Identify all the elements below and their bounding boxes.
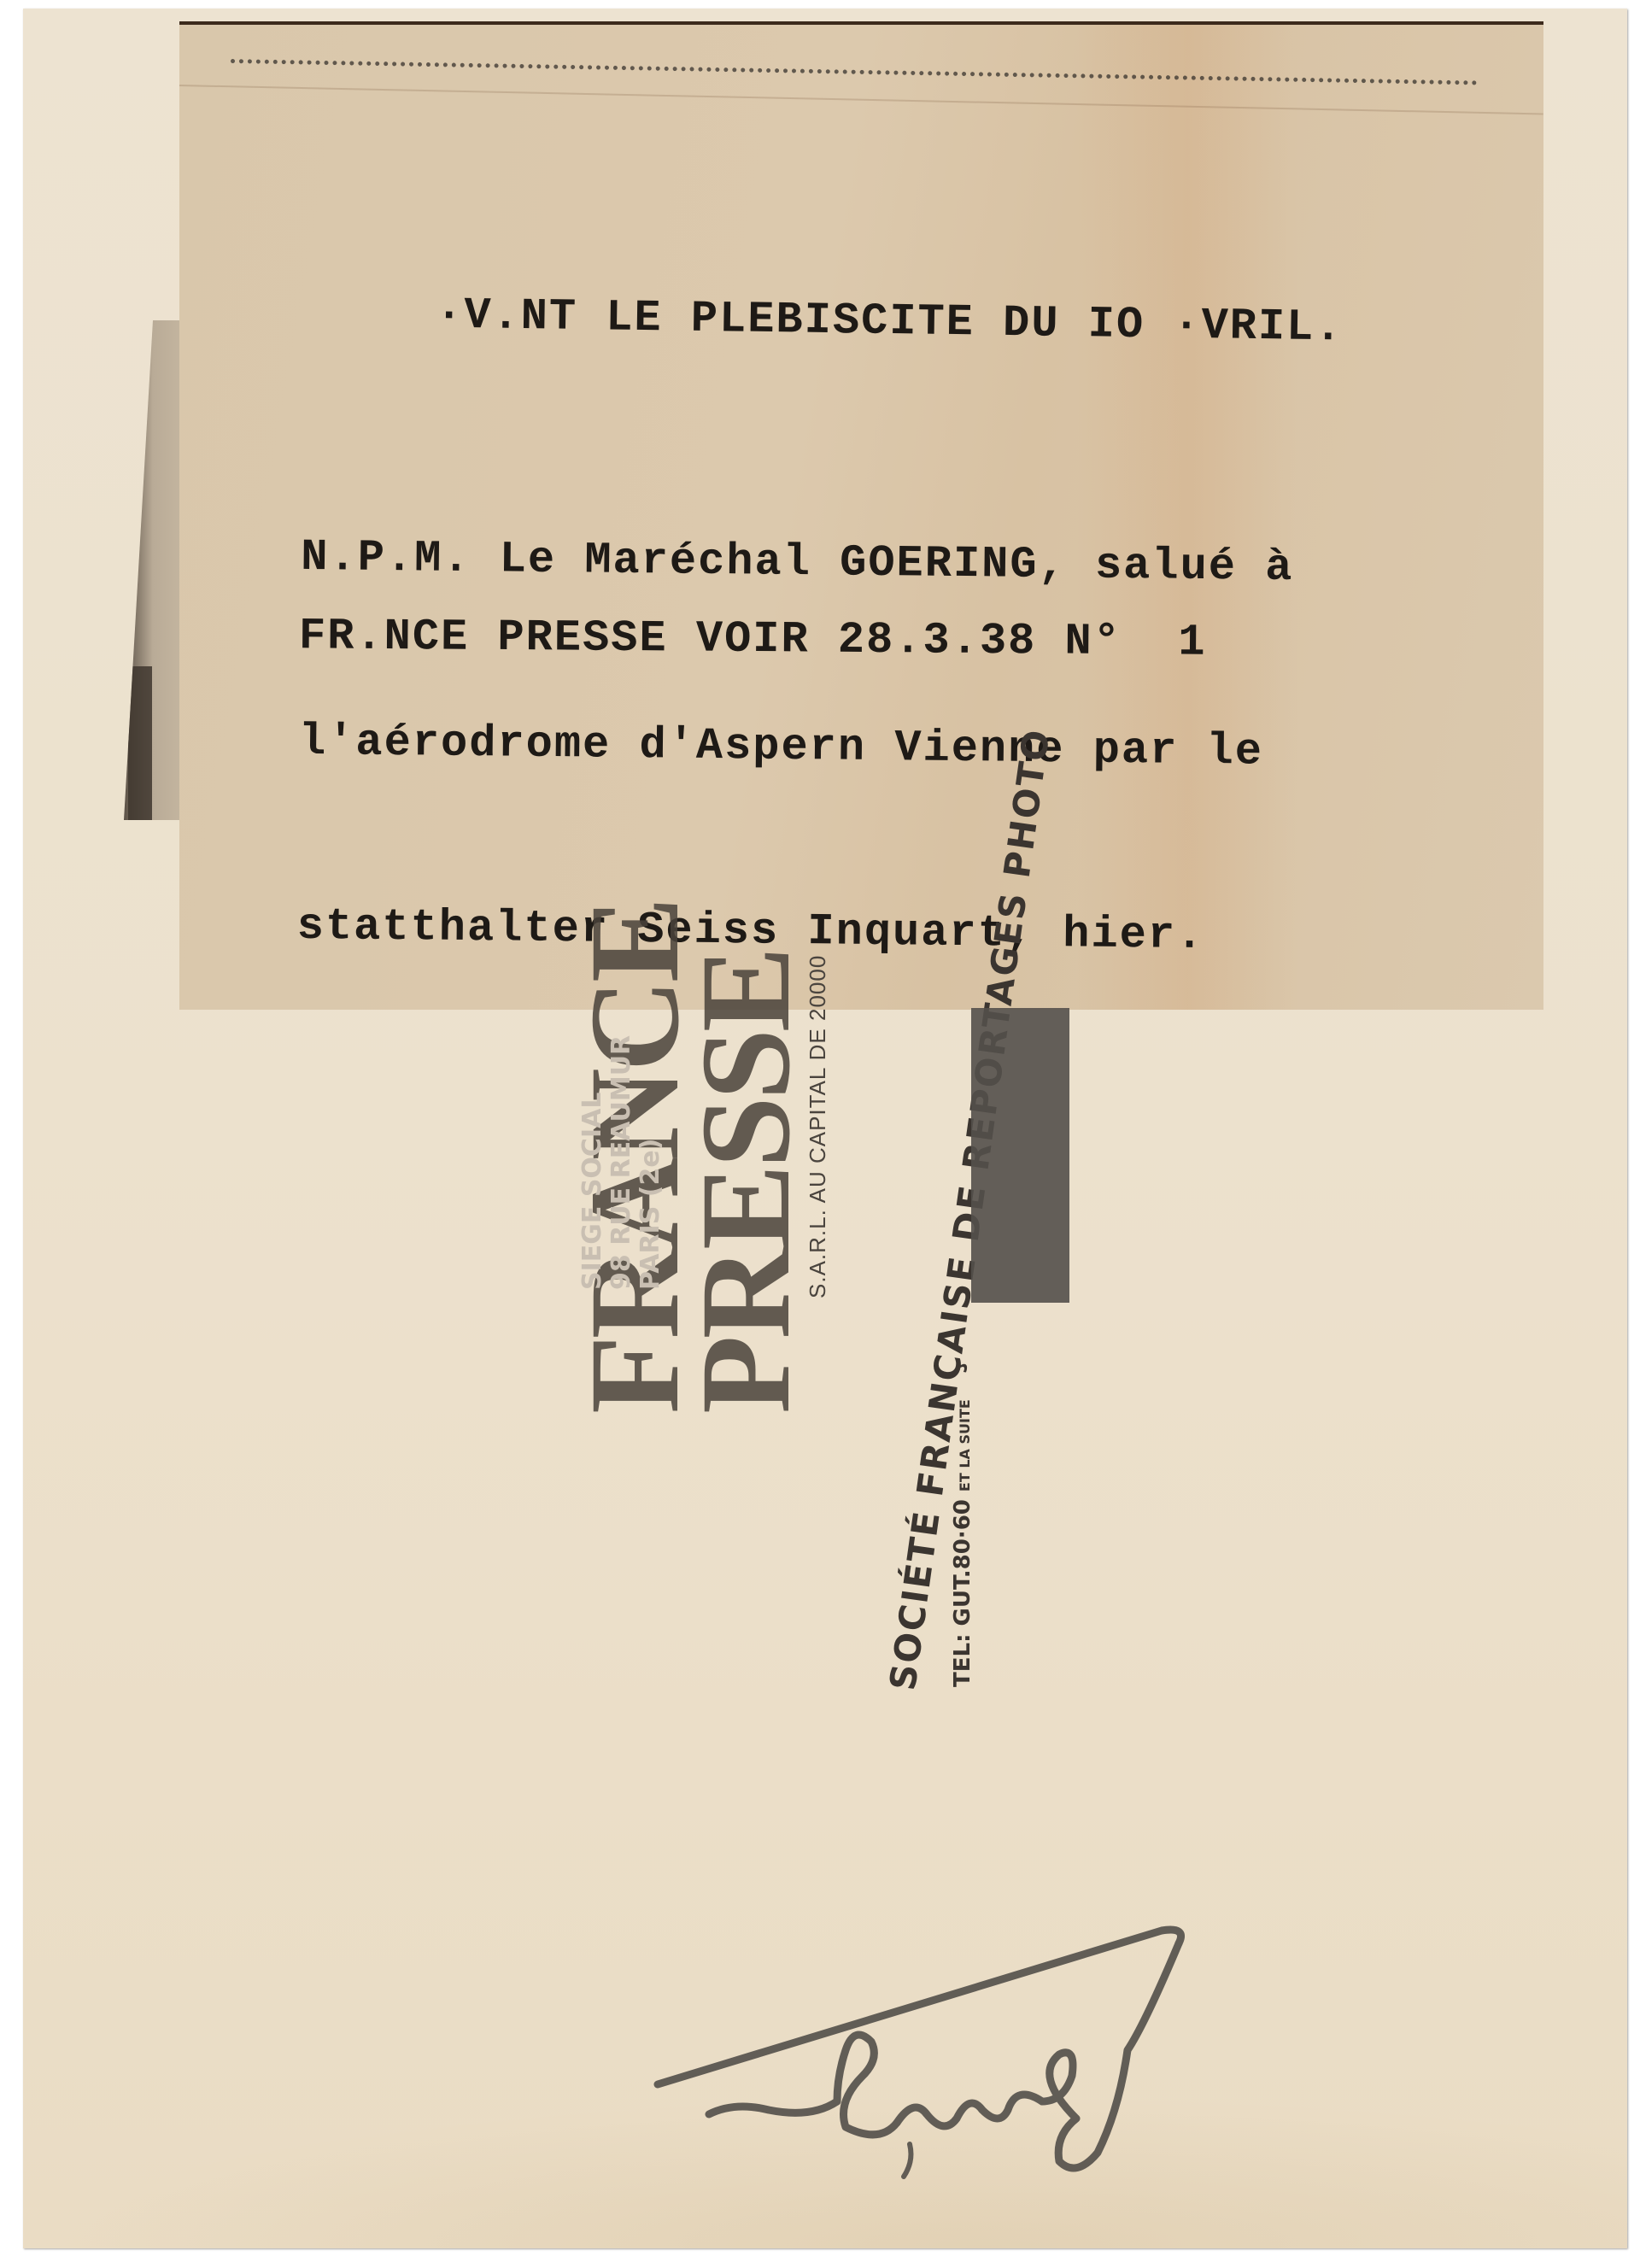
caption-line: N.P.M. Le Maréchal GOERING, salué à xyxy=(301,527,1294,599)
handwritten-signature xyxy=(632,1905,1213,2187)
caption-credit: FR.NCE PRESSE VOIR 28.3.38 N° 1 xyxy=(299,611,1207,667)
telephone-number: TEL: GUT.80·60 xyxy=(950,1499,975,1687)
agency-stamp: FRANCE PRESSE S.A.R.L. AU CAPITAL DE 200… xyxy=(553,1004,1074,1687)
caption-line: l'aérodrome d'Aspern Vienne par le xyxy=(299,712,1292,783)
address-line: PARIS (2e) xyxy=(636,1035,665,1290)
typed-caption-label: ·V.NT LE PLEBISCITE DU IO ·VRIL. N.P.M. … xyxy=(179,21,1543,1010)
stamp-address: SIEGE SOCIAL 98 RUE REAUMUR PARIS (2e) xyxy=(578,1035,665,1290)
stamp-address-box xyxy=(971,1008,1069,1303)
address-line: SIEGE SOCIAL xyxy=(578,1035,607,1290)
telephone-suffix: ET LA SUITE xyxy=(957,1399,973,1491)
stamp-logo-presse: PRESSE xyxy=(672,950,819,1414)
stamp-legal-line: S.A.R.L. AU CAPITAL DE 20000 xyxy=(805,955,831,1298)
photo-smudge xyxy=(128,666,152,820)
address-line: 98 RUE REAUMUR xyxy=(607,1035,636,1290)
paper-fold xyxy=(179,85,1543,114)
stamp-telephone: TEL: GUT.80·60 ET LA SUITE xyxy=(950,1399,975,1687)
